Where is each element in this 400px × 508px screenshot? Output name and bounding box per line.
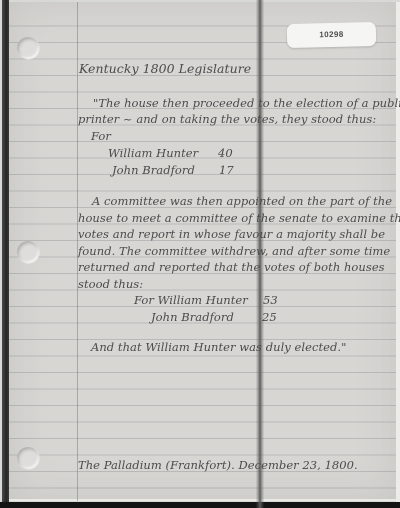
vote-row-name: John Bradford [112, 164, 195, 177]
body-line: house to meet a committee of the senate … [78, 212, 400, 225]
archival-number: 10298 [319, 23, 344, 48]
vote-row-count: 25 [262, 311, 277, 324]
body-line: stood thus: [78, 278, 143, 291]
hole-punch-middle [17, 241, 39, 263]
archival-number-sticker: 10298 [287, 22, 377, 48]
quote-line: For [91, 130, 111, 143]
vote-row-name: John Bradford [151, 311, 234, 324]
document-title: Kentucky 1800 Legislature [79, 62, 251, 75]
hole-punch-top [17, 37, 39, 59]
citation-line: The Palladium (Frankfort). December 23, … [78, 459, 358, 472]
quote-line: printer ~ and on taking the votes, they … [78, 113, 376, 126]
vote-row-name: For William Hunter [134, 294, 248, 307]
vote-row-name: William Hunter [108, 147, 198, 160]
body-line: votes and report in whose favour a major… [78, 228, 385, 241]
scanned-document-page: 10298 Kentucky 1800 Legislature "The hou… [0, 0, 400, 508]
body-line: A committee was then appointed on the pa… [92, 195, 392, 208]
scan-edge-left [2, 0, 9, 508]
scan-edge-right [396, 2, 400, 502]
body-line: found. The committee withdrew, and after… [78, 245, 390, 258]
closing-line: And that William Hunter was duly elected… [91, 341, 346, 354]
body-line: returned and reported that the votes of … [78, 261, 385, 274]
vote-row-count: 17 [219, 164, 234, 177]
vote-row-count: 40 [218, 147, 233, 160]
hole-punch-bottom [17, 447, 39, 469]
quote-line: "The house then proceeded to the electio… [93, 97, 400, 110]
vote-row-count: 53 [263, 294, 278, 307]
scan-edge-bottom [0, 502, 400, 508]
